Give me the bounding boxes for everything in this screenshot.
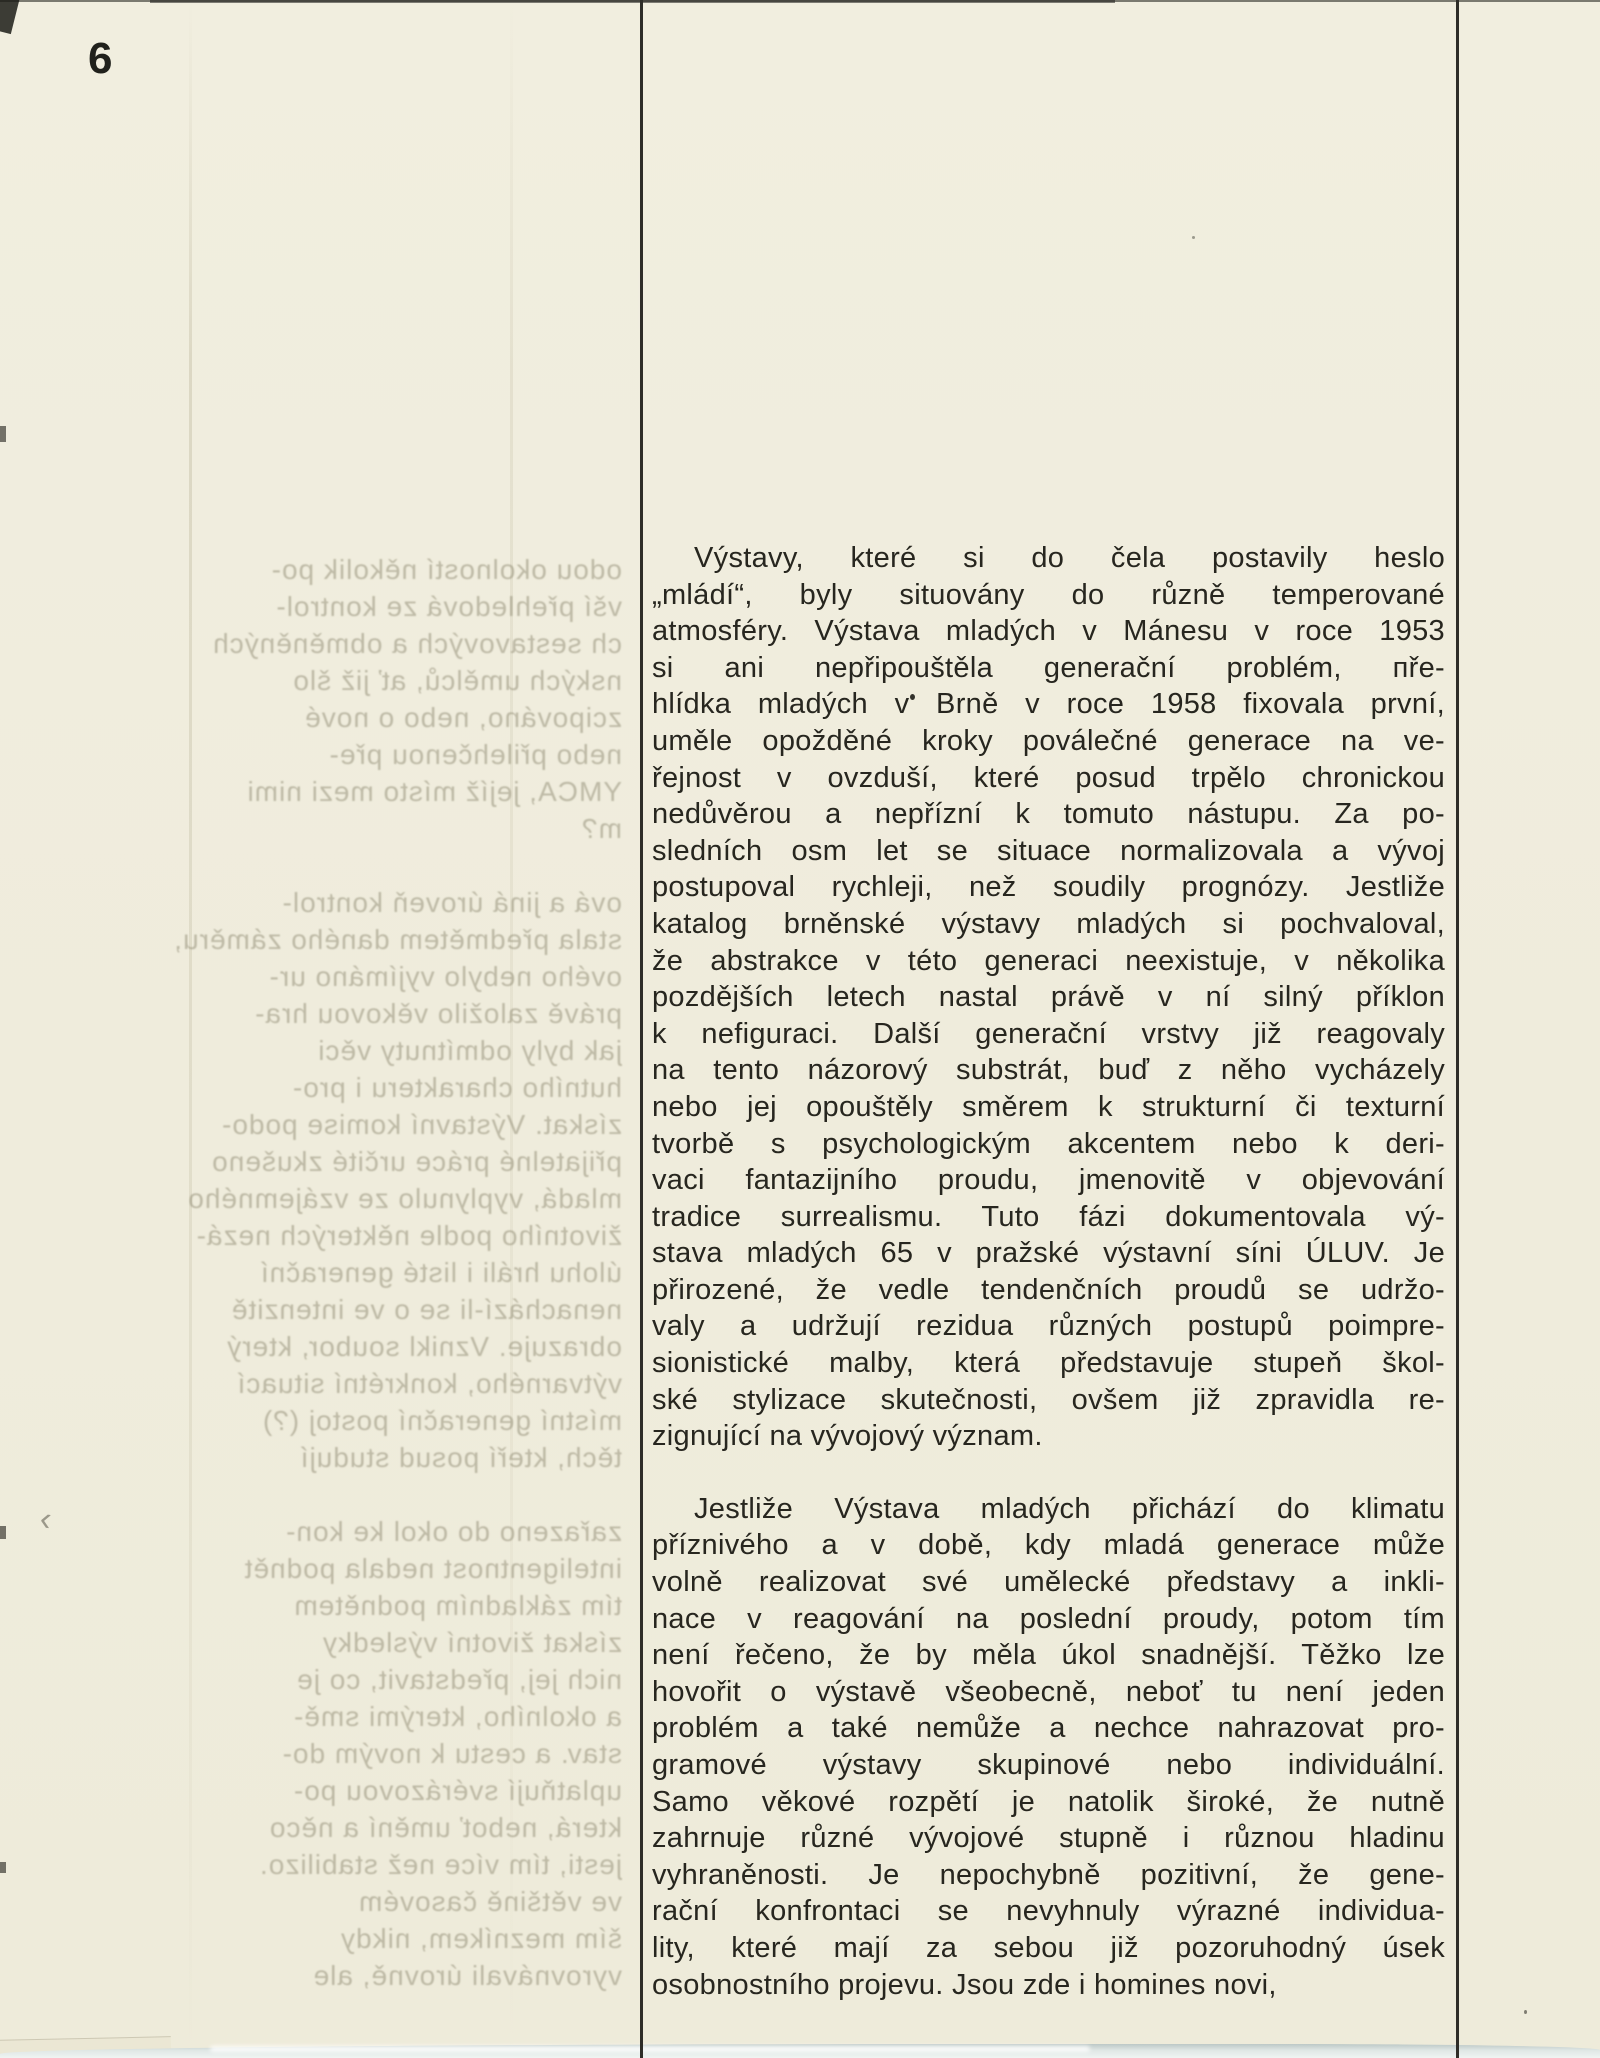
text-line: Jestliže Výstava mladých přichází do kli…	[652, 1491, 1445, 1528]
scan-edge-top-dark-segment	[150, 0, 1115, 3]
ghost-line: zcipováno, nebo o nové	[108, 699, 622, 736]
text-line: že abstrakce v této generaci neexistuje,…	[652, 943, 1445, 980]
ghost-line: životního podle některých nezá-	[108, 1217, 622, 1254]
ghost-line: stav. a cestu k novým do-	[108, 1735, 622, 1772]
text-line: zignující na vývojový význam.	[652, 1418, 1445, 1455]
ghost-line: nich jej, představit, co je	[108, 1661, 622, 1698]
ghost-line: která, neboť umění a něco	[108, 1809, 622, 1846]
ghost-line: přijatelné práce určité zkušeno	[108, 1143, 622, 1180]
ghost-line: YMCA, jejíž místo mezi nimi	[108, 773, 622, 810]
text-line: Samo věkové rozpětí je natolik široké, ž…	[652, 1784, 1445, 1821]
text-line: přirozené, že vedle tendenčních proudů s…	[652, 1272, 1445, 1309]
ghost-line: mladá, vyplynulo ze vzájemného	[108, 1180, 622, 1217]
column-rule-left	[640, 0, 643, 2058]
ghost-line: obrazuje. Vznikl soubor, který	[108, 1328, 622, 1365]
text-line: nedůvěrou a nepřízní k tomuto nástupu. Z…	[652, 796, 1445, 833]
ghost-line	[108, 1476, 622, 1513]
text-line: rační konfrontaci se nevyhnuly výrazné i…	[652, 1893, 1445, 1930]
text-line: hlídka mladých v Brně v roce 1958 fixova…	[652, 686, 1445, 723]
text-line: Výstavy, které si do čela postavily hesl…	[652, 540, 1445, 577]
paragraph-2: Jestliže Výstava mladých přichází do kli…	[652, 1491, 1445, 2003]
text-line: řejnost v ovzduší, které posud trpělo ch…	[652, 760, 1445, 797]
text-line: vaci fantazijního proudu, jmenovitě v ob…	[652, 1162, 1445, 1199]
text-line: nace v reagování na poslední proudy, pot…	[652, 1601, 1445, 1638]
scan-corner-mark	[0, 0, 21, 34]
text-line: vyhraněnosti. Je nepochybně pozitivní, ž…	[652, 1857, 1445, 1894]
text-line: si ani nepřipouštěla generační problém, …	[652, 650, 1445, 687]
text-line: stava mladých 65 v pražské výstavní síni…	[652, 1235, 1445, 1272]
ghost-line: nebo přilehčenou pře-	[108, 736, 622, 773]
text-line: „mládí“, byly situovány do různě tempero…	[652, 577, 1445, 614]
ghost-line: výtvarného, konkrétní situací	[108, 1365, 622, 1402]
ghost-line: ch sestavových a obměněných	[108, 625, 622, 662]
ghost-line: ového nebylo vyjímáno ur-	[108, 958, 622, 995]
scanned-page: odou okolností několik po-vší přehledová…	[0, 0, 1600, 2058]
text-line: ské stylizace skutečnosti, ovšem již zpr…	[652, 1382, 1445, 1419]
ghost-line: právě založilo věkovou hra-	[108, 995, 622, 1032]
ghost-line: m?	[108, 810, 622, 847]
ghost-line	[108, 847, 622, 884]
ghost-line: získat. Výstavní komise podo-	[108, 1106, 622, 1143]
ghost-line: vší přehledová ze kontrol-	[108, 588, 622, 625]
ghost-line: nských umělců, ať již šlo	[108, 662, 622, 699]
paragraph-1: Výstavy, které si do čela postavily hesl…	[652, 540, 1445, 1455]
text-line: na tento názorový substrát, buď z něho v…	[652, 1052, 1445, 1089]
text-line: není řečeno, že by měla úkol snadnější. …	[652, 1637, 1445, 1674]
text-line: osobnostního projevu. Jsou zde i homines…	[652, 1967, 1445, 2004]
edge-speck	[0, 426, 6, 442]
ghost-text-column: odou okolností několik po-vší přehledová…	[108, 551, 622, 1994]
ghost-line: získat životní výsledky	[108, 1624, 622, 1661]
text-line: volně realizovat své umělecké představy …	[652, 1564, 1445, 1601]
text-line: problém a také nemůže a nechce nahrazova…	[652, 1710, 1445, 1747]
edge-speck	[0, 1526, 6, 1539]
text-line: nebo jej opouštěly směrem k strukturní č…	[652, 1089, 1445, 1126]
text-line: lity, které mají za sebou již pozoruhodn…	[652, 1930, 1445, 1967]
text-line: tvorbě s psychologickým akcentem nebo k …	[652, 1126, 1445, 1163]
ghost-line: stala předmětem daného záměru,	[108, 921, 622, 958]
text-line: sionistické malby, která představuje stu…	[652, 1345, 1445, 1382]
ghost-line: uplatňují svérázovou po-	[108, 1772, 622, 1809]
ghost-line: nenachází-li se o ve intenzitě	[108, 1291, 622, 1328]
ghost-line: tím základním podnětem	[108, 1587, 622, 1624]
text-line: postupoval rychleji, než soudily prognóz…	[652, 869, 1445, 906]
ink-speck	[1524, 2010, 1527, 2014]
ghost-line: místní generační postoj (?)	[108, 1402, 622, 1439]
ghost-line: odou okolností několik po-	[108, 551, 622, 588]
text-line: k nefiguraci. Další generační vrstvy již…	[652, 1016, 1445, 1053]
ghost-line: hutního charakteru i pro-	[108, 1069, 622, 1106]
text-line: gramové výstavy skupinové nebo individuá…	[652, 1747, 1445, 1784]
ghost-line: jesti, tím více než stabilizo.	[108, 1846, 622, 1883]
ghost-line: vyrovnávali úrovně, ale	[108, 1957, 622, 1994]
text-line: sledních osm let se situace normalizoval…	[652, 833, 1445, 870]
scanner-highlight-bottom	[210, 2046, 1090, 2052]
ghost-line: jak byly odmítnuty věci	[108, 1032, 622, 1069]
ink-speck	[1192, 236, 1195, 239]
ghost-line: ším mezníkem, nikdy	[108, 1920, 622, 1957]
text-line: příznivého a v době, kdy mladá generace …	[652, 1527, 1445, 1564]
edge-speck	[0, 1862, 6, 1873]
margin-stray-mark: ‹	[37, 1499, 54, 1539]
ghost-line: ve většině časovém	[108, 1883, 622, 1920]
ghost-line: úlohu hráli i listé generační	[108, 1254, 622, 1291]
text-line: valy a udržují rezidua různých postupů p…	[652, 1308, 1445, 1345]
text-line: uměle opožděné kroky poválečné generace …	[652, 723, 1445, 760]
text-line: katalog brněnské výstavy mladých si poch…	[652, 906, 1445, 943]
ghost-line: zařazeno do okol ke kon-	[108, 1513, 622, 1550]
text-line: tradice surrealismu. Tuto fázi dokumento…	[652, 1199, 1445, 1236]
text-column: Výstavy, které si do čela postavily hesl…	[652, 540, 1445, 2003]
text-line: pozdějších letech nastal právě v ní siln…	[652, 979, 1445, 1016]
page-number: 6	[88, 34, 113, 84]
ghost-line: ová a jiná úroveň kontrol-	[108, 884, 622, 921]
ghost-line: a okolního, kterými smě-	[108, 1698, 622, 1735]
column-rule-right	[1456, 0, 1459, 2058]
ghost-line: inteligentnost nedala podnět	[108, 1550, 622, 1587]
ghost-line: těch, kteří posud studují	[108, 1439, 622, 1476]
text-line: atmosféry. Výstava mladých v Mánesu v ro…	[652, 613, 1445, 650]
text-line: zahrnuje různé vývojové stupně i různou …	[652, 1820, 1445, 1857]
text-line: hovořit o výstavě všeobecně, neboť tu ne…	[652, 1674, 1445, 1711]
